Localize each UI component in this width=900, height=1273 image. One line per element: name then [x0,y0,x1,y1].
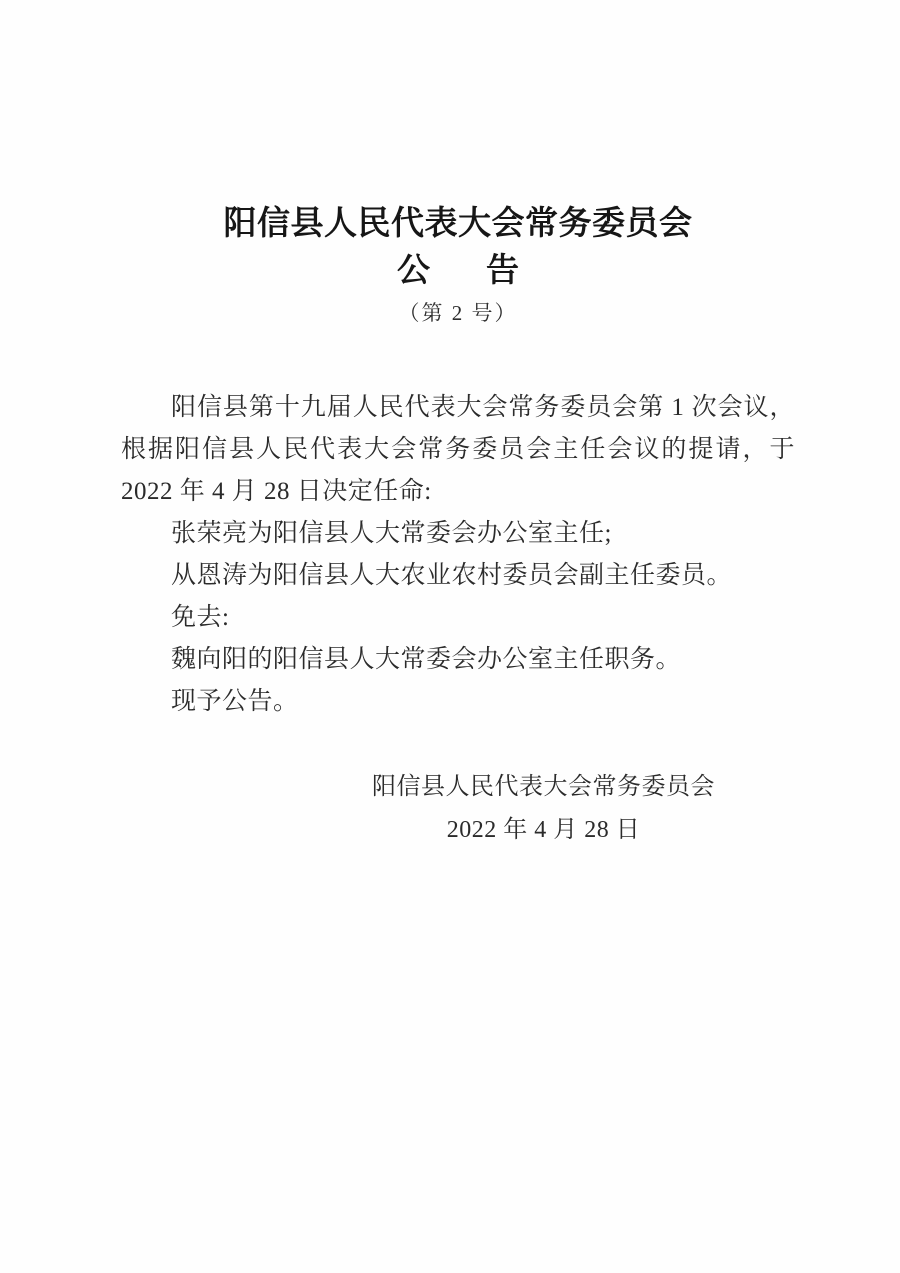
signature-block: 阳信县人民代表大会常务委员会 2022 年 4 月 28 日 [372,766,715,852]
doc-number: （第 2 号） [121,298,795,328]
body-paragraph-intro: 阳信县第十九届人民代表大会常务委员会第 1 次会议，根据阳信县人民代表大会常务委… [121,387,795,513]
body-paragraph-closing: 现予公告。 [121,681,795,723]
signature-org: 阳信县人民代表大会常务委员会 [372,766,715,809]
document-page: 阳信县人民代表大会常务委员会 公 告 （第 2 号） 阳信县第十九届人民代表大会… [0,0,900,1273]
body-paragraph-appointment-2: 从恩涛为阳信县人大农业农村委员会副主任委员。 [121,555,795,597]
org-title: 阳信县人民代表大会常务委员会 [121,202,795,246]
announcement-body: 阳信县第十九届人民代表大会常务委员会第 1 次会议，根据阳信县人民代表大会常务委… [121,387,795,723]
signature-date: 2022 年 4 月 28 日 [372,809,715,852]
body-paragraph-dismissal-1: 魏向阳的阳信县人大常委会办公室主任职务。 [121,639,795,681]
body-paragraph-appointment-1: 张荣亮为阳信县人大常委会办公室主任; [121,513,795,555]
announcement-title: 公 告 [121,249,795,293]
body-paragraph-dismissal-header: 免去: [121,597,795,639]
